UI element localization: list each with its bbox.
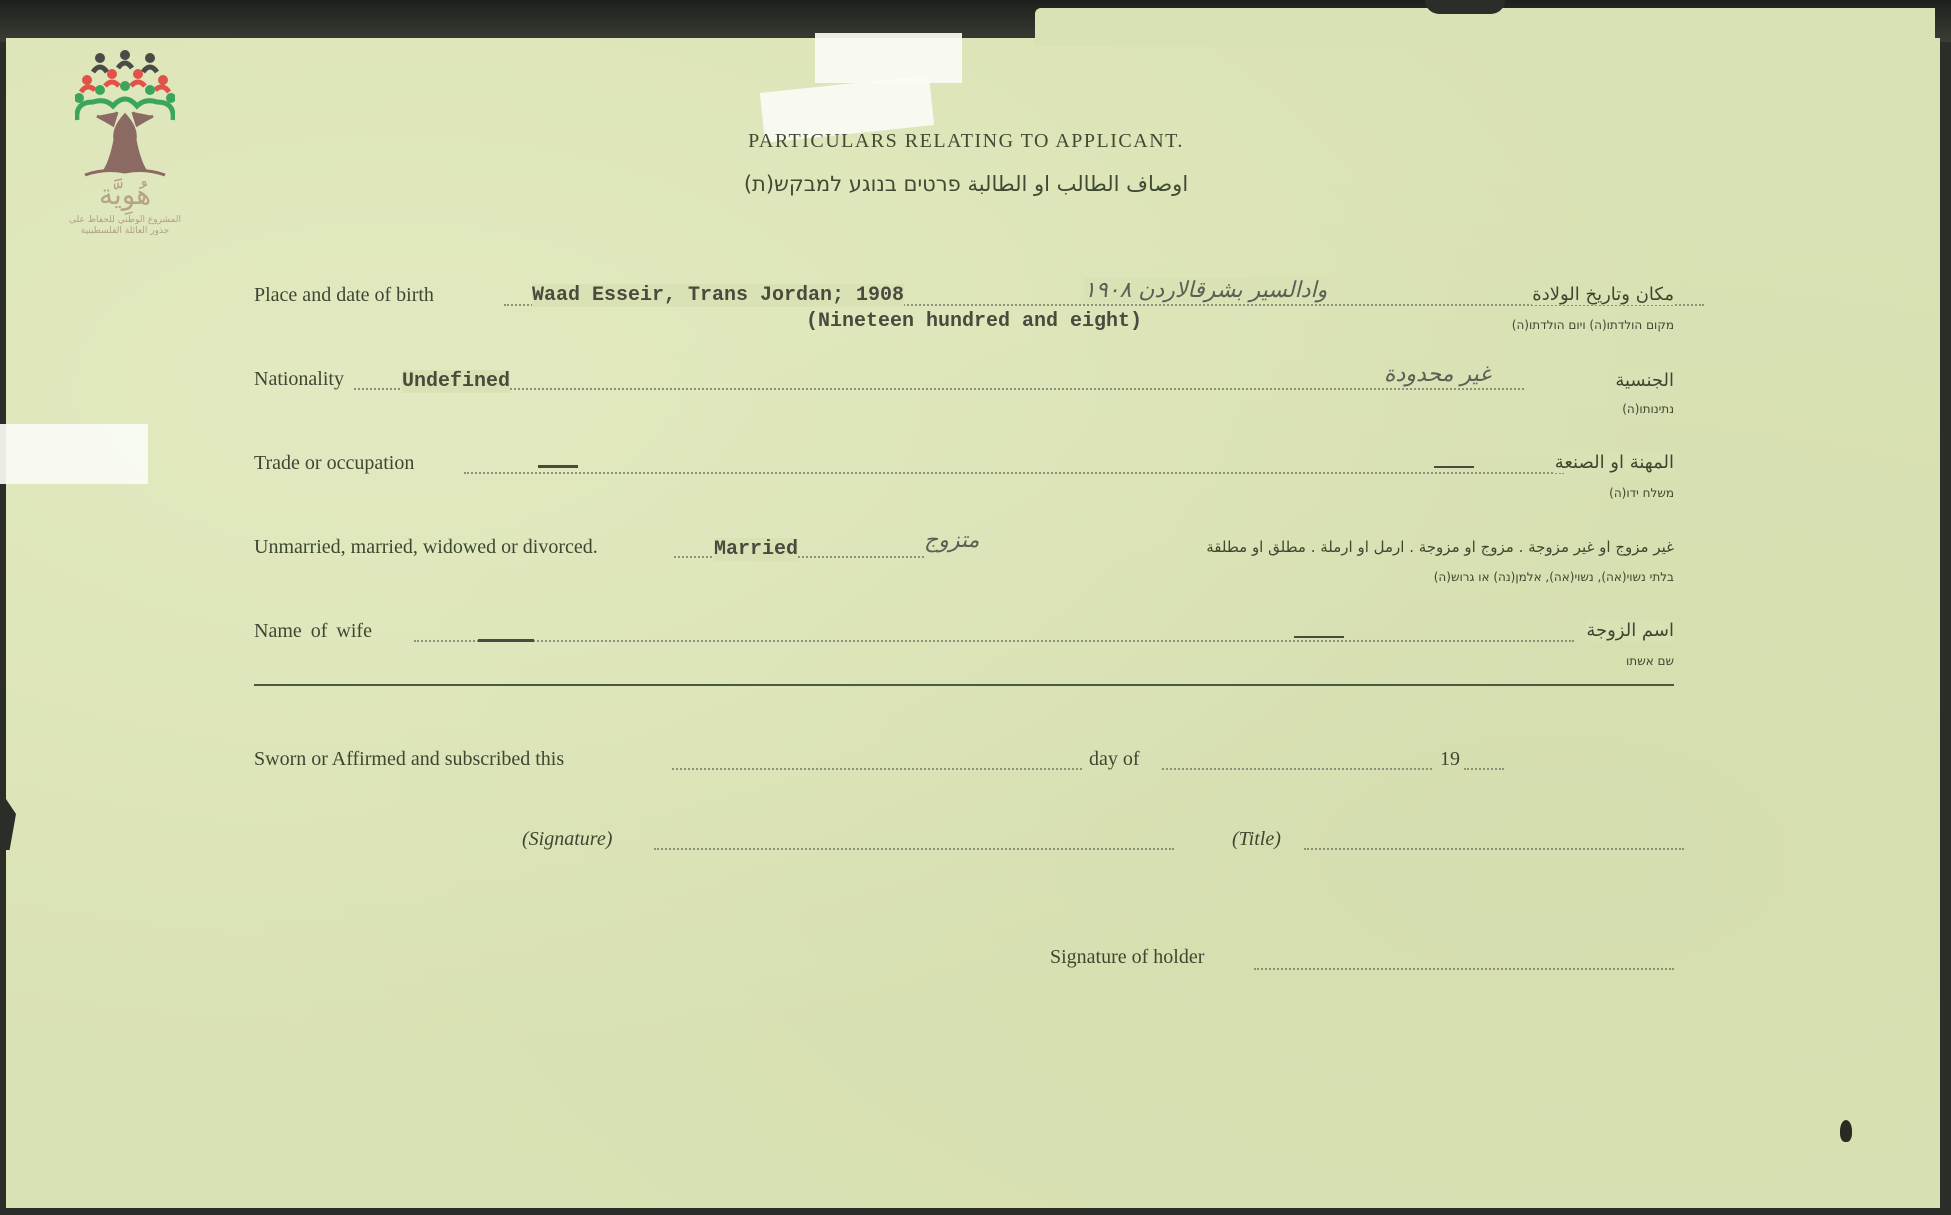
field-nationality: Nationality Undefined غير محدودة الجنسية… [254,366,1674,426]
marital-label: Unmarried, married, widowed or divorced. [254,536,598,559]
nationality-handwritten-ar: غير محدودة [1384,362,1491,387]
day-of-label: day of [1089,748,1140,771]
signature-input-line[interactable] [654,848,1174,850]
occupation-label-he: משלח ידו(ה) [1609,486,1674,500]
dotted-line [414,640,1574,642]
title-input-line[interactable] [1304,848,1684,850]
dotted-line [464,472,1564,474]
signature-line: (Signature) (Title) [254,828,1554,858]
logo-tagline: المشروع الوطني للحفاظ على جذور العائلة ا… [60,215,190,238]
holder-signature-input[interactable] [1254,968,1674,970]
field-marital: Unmarried, married, widowed or divorced.… [254,534,1674,594]
wife-value-ar-dash [1294,636,1344,638]
logo-wordmark: هُوِيَّة [60,181,190,209]
marital-handwritten-ar: متزوج [924,528,979,553]
sworn-line: Sworn or Affirmed and subscribed this da… [254,748,1554,778]
title-label: (Title) [1232,828,1281,851]
field-birth: Place and date of birth Waad Esseir, Tra… [254,282,1674,342]
holder-label: Signature of holder [1050,946,1204,969]
tape-strip [815,33,962,83]
birth-label: Place and date of birth [254,284,434,307]
wife-label: Name of wife [254,620,372,643]
nationality-label: Nationality [254,368,344,391]
family-tree-icon [75,50,175,185]
logo-tagline-line1: المشروع الوطني للحفاظ على [60,215,190,226]
birth-label-he: מקום הולדתו(ה) ויום הולדתו(ה) [1512,318,1674,332]
ink-stain [1840,1120,1852,1142]
section-divider [254,684,1674,686]
hawiya-logo: هُوِيَّة المشروع الوطني للحفاظ على جذور … [60,50,190,238]
sworn-label: Sworn or Affirmed and subscribed this [254,748,564,771]
month-input-line[interactable] [1162,768,1432,770]
occupation-label-ar: المهنة او الصنعة [1555,452,1674,473]
birth-value-line2: (Nineteen hundred and eight) [806,310,1142,333]
marital-label-he: בלתי נשוי(אה), נשוי(אה), אלמן(נה) או גרו… [1434,570,1674,584]
signature-label: (Signature) [522,828,612,851]
occupation-value [538,465,578,468]
dotted-line [674,556,924,558]
nationality-label-he: נתינותו(ה) [1622,402,1674,416]
paper-notch [1425,0,1505,14]
birth-handwritten-ar: وادالسير بشرقالاردن ١٩٠٨ [1084,278,1327,303]
holder-signature-line: Signature of holder [1050,946,1690,976]
logo-tagline-line2: جذور العائلة الفلسطينية [60,226,190,237]
dotted-line [354,388,1524,390]
wife-label-ar: اسم الزوجة [1586,620,1674,641]
tape-strip [0,424,148,484]
year-prefix: 19 [1440,748,1460,771]
occupation-label: Trade or occupation [254,452,414,475]
wife-value [478,639,534,642]
wife-label-he: שם אשתו [1626,654,1674,668]
year-input-line[interactable] [1464,768,1504,770]
marital-label-ar: غير مزوج او غير مزوجة . مزوج او مزوجة . … [1206,538,1674,556]
field-occupation: Trade or occupation المهنة او الصنعة משל… [254,450,1674,510]
birth-label-ar: مكان وتاريخ الولادة [1532,284,1674,305]
page-title: PARTICULARS RELATING TO APPLICANT. [716,130,1216,153]
nationality-value: Undefined [402,370,510,393]
nationality-label-ar: الجنسية [1615,370,1674,391]
occupation-value-ar-dash [1434,466,1474,468]
marital-value: Married [714,538,798,561]
page-title-ar-he: اوصاف الطالب او الطالبة פרטים בנוגע למבק… [716,172,1216,196]
birth-value: Waad Esseir, Trans Jordan; 1908 [532,284,904,307]
field-wife: Name of wife اسم الزوجة שם אשתו [254,618,1674,678]
day-input-line[interactable] [672,768,1082,770]
